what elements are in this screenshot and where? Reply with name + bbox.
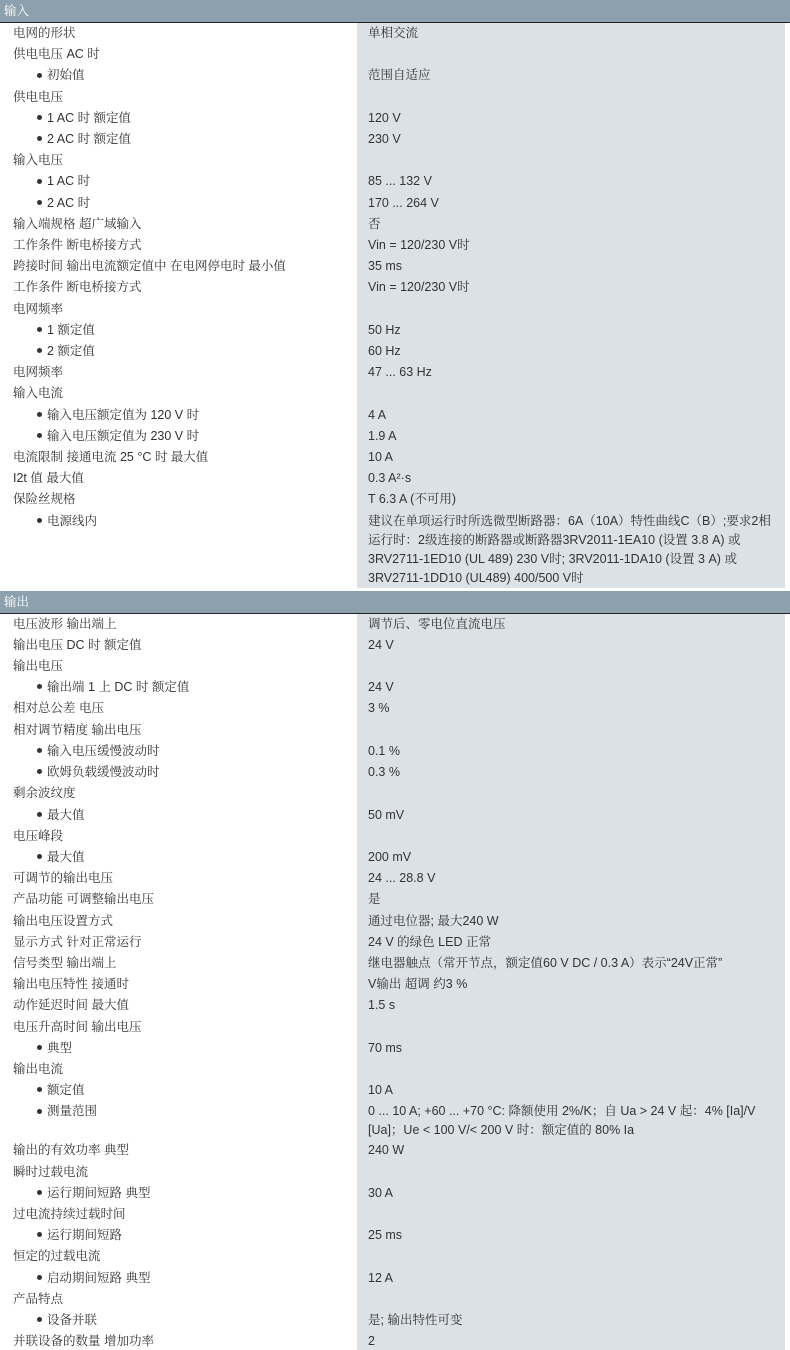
spec-row: 1 AC 时 额定值120 V [0, 108, 790, 129]
spec-value: 30 A [357, 1183, 785, 1204]
spec-label-cell: 运行期间短路 [0, 1225, 357, 1246]
spec-value: 35 ms [357, 256, 785, 277]
bullet-icon [37, 812, 42, 817]
bullet-icon [37, 73, 42, 78]
spec-row: 电压波形 输出端上调节后、零电位直流电压 [0, 614, 790, 635]
spec-label: 2 额定值 [47, 344, 95, 358]
spec-value [357, 1162, 785, 1183]
spec-label-cell: 电网频率 [0, 362, 357, 383]
spec-label-cell: 测量范围 [0, 1101, 357, 1140]
spec-label: 工作条件 断电桥接方式 [13, 238, 141, 252]
spec-label: 电压峰段 [13, 829, 63, 843]
spec-value: 47 ... 63 Hz [357, 362, 785, 383]
spec-label-cell: 动作延迟时间 最大值 [0, 995, 357, 1016]
spec-row: 输入电压额定值为 120 V 时4 A [0, 405, 790, 426]
spec-value [357, 1059, 785, 1080]
spec-label-cell: 电网频率 [0, 299, 357, 320]
spec-row: 电网的形状单相交流 [0, 23, 790, 44]
spec-label: 电源线内 [47, 514, 97, 528]
spec-label-cell: 输出电压特性 接通时 [0, 974, 357, 995]
spec-row: 输出的有效功率 典型240 W [0, 1140, 790, 1161]
spec-label-cell: 输出电压设置方式 [0, 911, 357, 932]
bullet-icon [37, 1087, 42, 1092]
spec-value: 170 ... 264 V [357, 193, 785, 214]
spec-label-cell: 供电电压 AC 时 [0, 44, 357, 65]
spec-row: 并联设备的数量 增加功率2 [0, 1331, 790, 1350]
spec-row: 工作条件 断电桥接方式Vin = 120/230 V时 [0, 235, 790, 256]
spec-value: 3 % [357, 698, 785, 719]
spec-row: 最大值200 mV [0, 847, 790, 868]
spec-value [357, 1017, 785, 1038]
spec-label-cell: 相对总公差 电压 [0, 698, 357, 719]
spec-label: 输出的有效功率 典型 [13, 1143, 129, 1157]
spec-label-cell: 1 额定值 [0, 320, 357, 341]
spec-value: Vin = 120/230 V时 [357, 277, 785, 298]
spec-label-cell: 工作条件 断电桥接方式 [0, 277, 357, 298]
spec-label: 供电电压 AC 时 [13, 47, 100, 61]
spec-label-cell: 过电流持续过载时间 [0, 1204, 357, 1225]
spec-label-cell: 2 额定值 [0, 341, 357, 362]
spec-label: 显示方式 针对正常运行 [13, 935, 141, 949]
spec-label-cell: 瞬时过载电流 [0, 1162, 357, 1183]
bullet-icon [37, 1275, 42, 1280]
spec-value [357, 299, 785, 320]
spec-label: 输出电压特性 接通时 [13, 977, 129, 991]
bullet-icon [37, 327, 42, 332]
spec-sheet: 输入 电网的形状单相交流供电电压 AC 时初始值范围自适应供电电压1 AC 时 … [0, 0, 790, 1350]
bullet-icon [37, 854, 42, 859]
spec-label-cell: 显示方式 针对正常运行 [0, 932, 357, 953]
spec-row: 剩余波纹度 [0, 783, 790, 804]
spec-label-cell: 产品特点 [0, 1289, 357, 1310]
spec-label: 产品功能 可调整输出电压 [13, 892, 154, 906]
bullet-icon [37, 348, 42, 353]
spec-label-cell: 输入电压额定值为 230 V 时 [0, 426, 357, 447]
bullet-icon [37, 412, 42, 417]
spec-label-cell: 启动期间短路 典型 [0, 1268, 357, 1289]
spec-label-cell: 可调节的输出电压 [0, 868, 357, 889]
spec-row: 运行期间短路 典型30 A [0, 1183, 790, 1204]
bullet-icon [37, 748, 42, 753]
section-title: 输出 [4, 595, 29, 609]
spec-value: 12 A [357, 1268, 785, 1289]
spec-value [357, 1246, 785, 1267]
spec-label-cell: 典型 [0, 1038, 357, 1059]
spec-row: 电压峰段 [0, 826, 790, 847]
spec-label-cell: 输入端规格 超广域输入 [0, 214, 357, 235]
bullet-icon [37, 518, 42, 523]
spec-value: 是 [357, 889, 785, 910]
spec-value [357, 656, 785, 677]
spec-row: 输入电压 [0, 150, 790, 171]
spec-row: 工作条件 断电桥接方式Vin = 120/230 V时 [0, 277, 790, 298]
spec-row: 输入端规格 超广域输入否 [0, 214, 790, 235]
spec-value [357, 720, 785, 741]
spec-label: 输出电压 [13, 659, 63, 673]
spec-value [357, 383, 785, 404]
spec-value: 0.3 % [357, 762, 785, 783]
spec-label: 保险丝规格 [13, 492, 76, 506]
spec-value: 1.9 A [357, 426, 785, 447]
bullet-icon [37, 1190, 42, 1195]
spec-row: 输出电压 DC 时 额定值24 V [0, 635, 790, 656]
spec-row: 输出电流 [0, 1059, 790, 1080]
section-body-output: 电压波形 输出端上调节后、零电位直流电压输出电压 DC 时 额定值24 V输出电… [0, 614, 790, 1350]
spec-label: 瞬时过载电流 [13, 1165, 88, 1179]
spec-label: 最大值 [47, 808, 85, 822]
spec-value: 否 [357, 214, 785, 235]
spec-label-cell: 欧姆负载缓慢波动时 [0, 762, 357, 783]
spec-value: 240 W [357, 1140, 785, 1161]
spec-value: 200 mV [357, 847, 785, 868]
spec-row: 测量范围0 ... 10 A; +60 ... +70 °C: 降额使用 2%/… [0, 1101, 790, 1140]
bullet-icon [37, 115, 42, 120]
spec-value: 调节后、零电位直流电压 [357, 614, 785, 635]
spec-label-cell: 额定值 [0, 1080, 357, 1101]
spec-row: 输出电压设置方式通过电位器; 最大240 W [0, 911, 790, 932]
spec-value: 120 V [357, 108, 785, 129]
spec-value: 50 mV [357, 805, 785, 826]
spec-value: 0.3 A²·s [357, 468, 785, 489]
spec-value [357, 87, 785, 108]
spec-label-cell: 跨接时间 输出电流额定值中 在电网停电时 最小值 [0, 256, 357, 277]
spec-value: 230 V [357, 129, 785, 150]
spec-value: 继电器触点（常开节点，额定值60 V DC / 0.3 A）表示“24V正常” [357, 953, 785, 974]
spec-label: 产品特点 [13, 1292, 63, 1306]
spec-row: 跨接时间 输出电流额定值中 在电网停电时 最小值35 ms [0, 256, 790, 277]
spec-label-cell: 最大值 [0, 805, 357, 826]
spec-row: 供电电压 AC 时 [0, 44, 790, 65]
spec-label: 相对调节精度 输出电压 [13, 723, 141, 737]
spec-label-cell: 1 AC 时 [0, 171, 357, 192]
spec-row: 电网频率47 ... 63 Hz [0, 362, 790, 383]
spec-label: 1 AC 时 [47, 174, 90, 188]
spec-value: 10 A [357, 1080, 785, 1101]
spec-row: 2 AC 时 额定值230 V [0, 129, 790, 150]
spec-label: 输入端规格 超广域输入 [13, 217, 141, 231]
spec-row: 输入电压缓慢波动时0.1 % [0, 741, 790, 762]
spec-row: 电源线内建议在单项运行时所选微型断路器：6A（10A）特性曲线C（B）;要求2相… [0, 511, 790, 588]
spec-label: 输出电压设置方式 [13, 914, 113, 928]
bullet-icon [37, 1317, 42, 1322]
spec-label: 欧姆负载缓慢波动时 [47, 765, 160, 779]
spec-value: 24 ... 28.8 V [357, 868, 785, 889]
spec-row: I2t 值 最大值0.3 A²·s [0, 468, 790, 489]
spec-label-cell: 输出电压 DC 时 额定值 [0, 635, 357, 656]
spec-value: 1.5 s [357, 995, 785, 1016]
bullet-icon [37, 179, 42, 184]
spec-row: 过电流持续过载时间 [0, 1204, 790, 1225]
spec-label: 运行期间短路 [47, 1228, 122, 1242]
spec-value [357, 1204, 785, 1225]
spec-label: 可调节的输出电压 [13, 871, 113, 885]
spec-label-cell: 相对调节精度 输出电压 [0, 720, 357, 741]
spec-label-cell: 1 AC 时 额定值 [0, 108, 357, 129]
spec-value [357, 44, 785, 65]
spec-label: 过电流持续过载时间 [13, 1207, 126, 1221]
spec-row: 保险丝规格T 6.3 A (不可用) [0, 489, 790, 510]
spec-label: 电压波形 输出端上 [13, 617, 116, 631]
spec-label-cell: 信号类型 输出端上 [0, 953, 357, 974]
spec-label-cell: 2 AC 时 额定值 [0, 129, 357, 150]
spec-row: 产品特点 [0, 1289, 790, 1310]
spec-row: 额定值10 A [0, 1080, 790, 1101]
spec-label-cell: 电压波形 输出端上 [0, 614, 357, 635]
spec-label: 输出电流 [13, 1062, 63, 1076]
spec-label: 工作条件 断电桥接方式 [13, 280, 141, 294]
spec-row: 产品功能 可调整输出电压是 [0, 889, 790, 910]
spec-label-cell: 设备并联 [0, 1310, 357, 1331]
spec-row: 恒定的过载电流 [0, 1246, 790, 1267]
spec-label-cell: 运行期间短路 典型 [0, 1183, 357, 1204]
spec-label: 最大值 [47, 850, 85, 864]
spec-label-cell: 供电电压 [0, 87, 357, 108]
spec-label: 1 AC 时 额定值 [47, 111, 131, 125]
spec-label: 电网频率 [13, 365, 63, 379]
spec-label-cell: 电流限制 接通电流 25 °C 时 最大值 [0, 447, 357, 468]
spec-label: 2 AC 时 [47, 196, 90, 210]
spec-label: 典型 [47, 1041, 72, 1055]
spec-row: 动作延迟时间 最大值1.5 s [0, 995, 790, 1016]
spec-row: 可调节的输出电压24 ... 28.8 V [0, 868, 790, 889]
spec-row: 输入电压额定值为 230 V 时1.9 A [0, 426, 790, 447]
spec-value: 范围自适应 [357, 65, 785, 86]
spec-row: 输出电压特性 接通时V输出 超调 约3 % [0, 974, 790, 995]
spec-label: 并联设备的数量 增加功率 [13, 1334, 154, 1348]
spec-label-cell: 电压升高时间 输出电压 [0, 1017, 357, 1038]
spec-label-cell: I2t 值 最大值 [0, 468, 357, 489]
spec-label: 2 AC 时 额定值 [47, 132, 131, 146]
bullet-icon [37, 136, 42, 141]
spec-row: 1 额定值50 Hz [0, 320, 790, 341]
bullet-icon [37, 769, 42, 774]
spec-value: 2 [357, 1331, 785, 1350]
spec-value: 单相交流 [357, 23, 785, 44]
spec-label: 相对总公差 电压 [13, 701, 104, 715]
spec-value: 50 Hz [357, 320, 785, 341]
spec-label: 测量范围 [47, 1104, 97, 1118]
spec-row: 输出端 1 上 DC 时 额定值24 V [0, 677, 790, 698]
spec-label: 电网的形状 [13, 26, 76, 40]
spec-value [357, 1289, 785, 1310]
spec-label-cell: 电压峰段 [0, 826, 357, 847]
spec-label-cell: 输出端 1 上 DC 时 额定值 [0, 677, 357, 698]
spec-row: 相对总公差 电压3 % [0, 698, 790, 719]
spec-label-cell: 并联设备的数量 增加功率 [0, 1331, 357, 1350]
spec-label: 输入电压 [13, 153, 63, 167]
spec-label-cell: 电源线内 [0, 511, 357, 588]
spec-label: 信号类型 输出端上 [13, 956, 116, 970]
spec-label: 剩余波纹度 [13, 786, 76, 800]
spec-value: 建议在单项运行时所选微型断路器：6A（10A）特性曲线C（B）;要求2相运行时：… [357, 511, 785, 588]
spec-row: 1 AC 时85 ... 132 V [0, 171, 790, 192]
spec-row: 初始值范围自适应 [0, 65, 790, 86]
spec-value [357, 826, 785, 847]
spec-row: 瞬时过载电流 [0, 1162, 790, 1183]
spec-label: 输出电压 DC 时 额定值 [13, 638, 141, 652]
spec-row: 典型70 ms [0, 1038, 790, 1059]
spec-label: 跨接时间 输出电流额定值中 在电网停电时 最小值 [13, 259, 286, 273]
spec-row: 欧姆负载缓慢波动时0.3 % [0, 762, 790, 783]
spec-value: 85 ... 132 V [357, 171, 785, 192]
spec-row: 输出电压 [0, 656, 790, 677]
spec-label: 额定值 [47, 1083, 85, 1097]
spec-label-cell: 保险丝规格 [0, 489, 357, 510]
spec-label: 电网频率 [13, 302, 63, 316]
section-title: 输入 [4, 4, 29, 18]
spec-value: 4 A [357, 405, 785, 426]
spec-row: 相对调节精度 输出电压 [0, 720, 790, 741]
spec-label-cell: 电网的形状 [0, 23, 357, 44]
spec-label: 启动期间短路 典型 [47, 1271, 150, 1285]
spec-value: 70 ms [357, 1038, 785, 1059]
spec-value: 是; 输出特性可变 [357, 1310, 785, 1331]
section-header-input: 输入 [0, 0, 790, 23]
spec-label: 输出端 1 上 DC 时 额定值 [47, 680, 189, 694]
spec-label: 电流限制 接通电流 25 °C 时 最大值 [13, 450, 208, 464]
spec-label: 运行期间短路 典型 [47, 1186, 150, 1200]
spec-row: 运行期间短路25 ms [0, 1225, 790, 1246]
spec-label: 输入电压缓慢波动时 [47, 744, 160, 758]
spec-label-cell: 2 AC 时 [0, 193, 357, 214]
spec-row: 2 AC 时170 ... 264 V [0, 193, 790, 214]
spec-value: 60 Hz [357, 341, 785, 362]
spec-label: 电压升高时间 输出电压 [13, 1020, 141, 1034]
spec-label-cell: 输出电压 [0, 656, 357, 677]
spec-row: 电网频率 [0, 299, 790, 320]
spec-value: 24 V [357, 677, 785, 698]
spec-label: 初始值 [47, 68, 85, 82]
spec-value: 24 V 的绿色 LED 正常 [357, 932, 785, 953]
bullet-icon [37, 1232, 42, 1237]
spec-row: 最大值50 mV [0, 805, 790, 826]
spec-label: 动作延迟时间 最大值 [13, 998, 129, 1012]
spec-label: 设备并联 [47, 1313, 97, 1327]
section-body-input: 电网的形状单相交流供电电压 AC 时初始值范围自适应供电电压1 AC 时 额定值… [0, 23, 790, 588]
spec-label-cell: 输出电流 [0, 1059, 357, 1080]
spec-value: 10 A [357, 447, 785, 468]
spec-label: 输入电压额定值为 230 V 时 [47, 429, 199, 443]
spec-label: 输入电流 [13, 386, 63, 400]
spec-row: 输入电流 [0, 383, 790, 404]
spec-label: 输入电压额定值为 120 V 时 [47, 408, 199, 422]
spec-label-cell: 产品功能 可调整输出电压 [0, 889, 357, 910]
spec-value: 通过电位器; 最大240 W [357, 911, 785, 932]
bullet-icon [37, 684, 42, 689]
spec-row: 显示方式 针对正常运行24 V 的绿色 LED 正常 [0, 932, 790, 953]
spec-value [357, 783, 785, 804]
spec-label-cell: 初始值 [0, 65, 357, 86]
spec-label: I2t 值 最大值 [13, 471, 84, 485]
spec-value: 25 ms [357, 1225, 785, 1246]
bullet-icon [37, 1045, 42, 1050]
spec-label-cell: 输出的有效功率 典型 [0, 1140, 357, 1161]
spec-row: 供电电压 [0, 87, 790, 108]
spec-row: 2 额定值60 Hz [0, 341, 790, 362]
spec-label-cell: 输入电压 [0, 150, 357, 171]
spec-value: Vin = 120/230 V时 [357, 235, 785, 256]
spec-label-cell: 输入电压额定值为 120 V 时 [0, 405, 357, 426]
spec-row: 信号类型 输出端上继电器触点（常开节点，额定值60 V DC / 0.3 A）表… [0, 953, 790, 974]
spec-label: 恒定的过载电流 [13, 1249, 101, 1263]
spec-value: 0 ... 10 A; +60 ... +70 °C: 降额使用 2%/K；自 … [357, 1101, 785, 1140]
spec-label-cell: 最大值 [0, 847, 357, 868]
spec-value [357, 150, 785, 171]
bullet-icon [37, 1109, 42, 1114]
spec-row: 电流限制 接通电流 25 °C 时 最大值10 A [0, 447, 790, 468]
spec-label-cell: 恒定的过载电流 [0, 1246, 357, 1267]
spec-label: 供电电压 [13, 90, 63, 104]
spec-label-cell: 剩余波纹度 [0, 783, 357, 804]
spec-value: T 6.3 A (不可用) [357, 489, 785, 510]
spec-label: 1 额定值 [47, 323, 95, 337]
bullet-icon [37, 433, 42, 438]
spec-label-cell: 输入电流 [0, 383, 357, 404]
spec-row: 设备并联是; 输出特性可变 [0, 1310, 790, 1331]
spec-value: 0.1 % [357, 741, 785, 762]
spec-label-cell: 输入电压缓慢波动时 [0, 741, 357, 762]
bullet-icon [37, 200, 42, 205]
spec-value: V输出 超调 约3 % [357, 974, 785, 995]
spec-row: 电压升高时间 输出电压 [0, 1017, 790, 1038]
spec-row: 启动期间短路 典型12 A [0, 1268, 790, 1289]
spec-value: 24 V [357, 635, 785, 656]
section-header-output: 输出 [0, 591, 790, 614]
spec-label-cell: 工作条件 断电桥接方式 [0, 235, 357, 256]
